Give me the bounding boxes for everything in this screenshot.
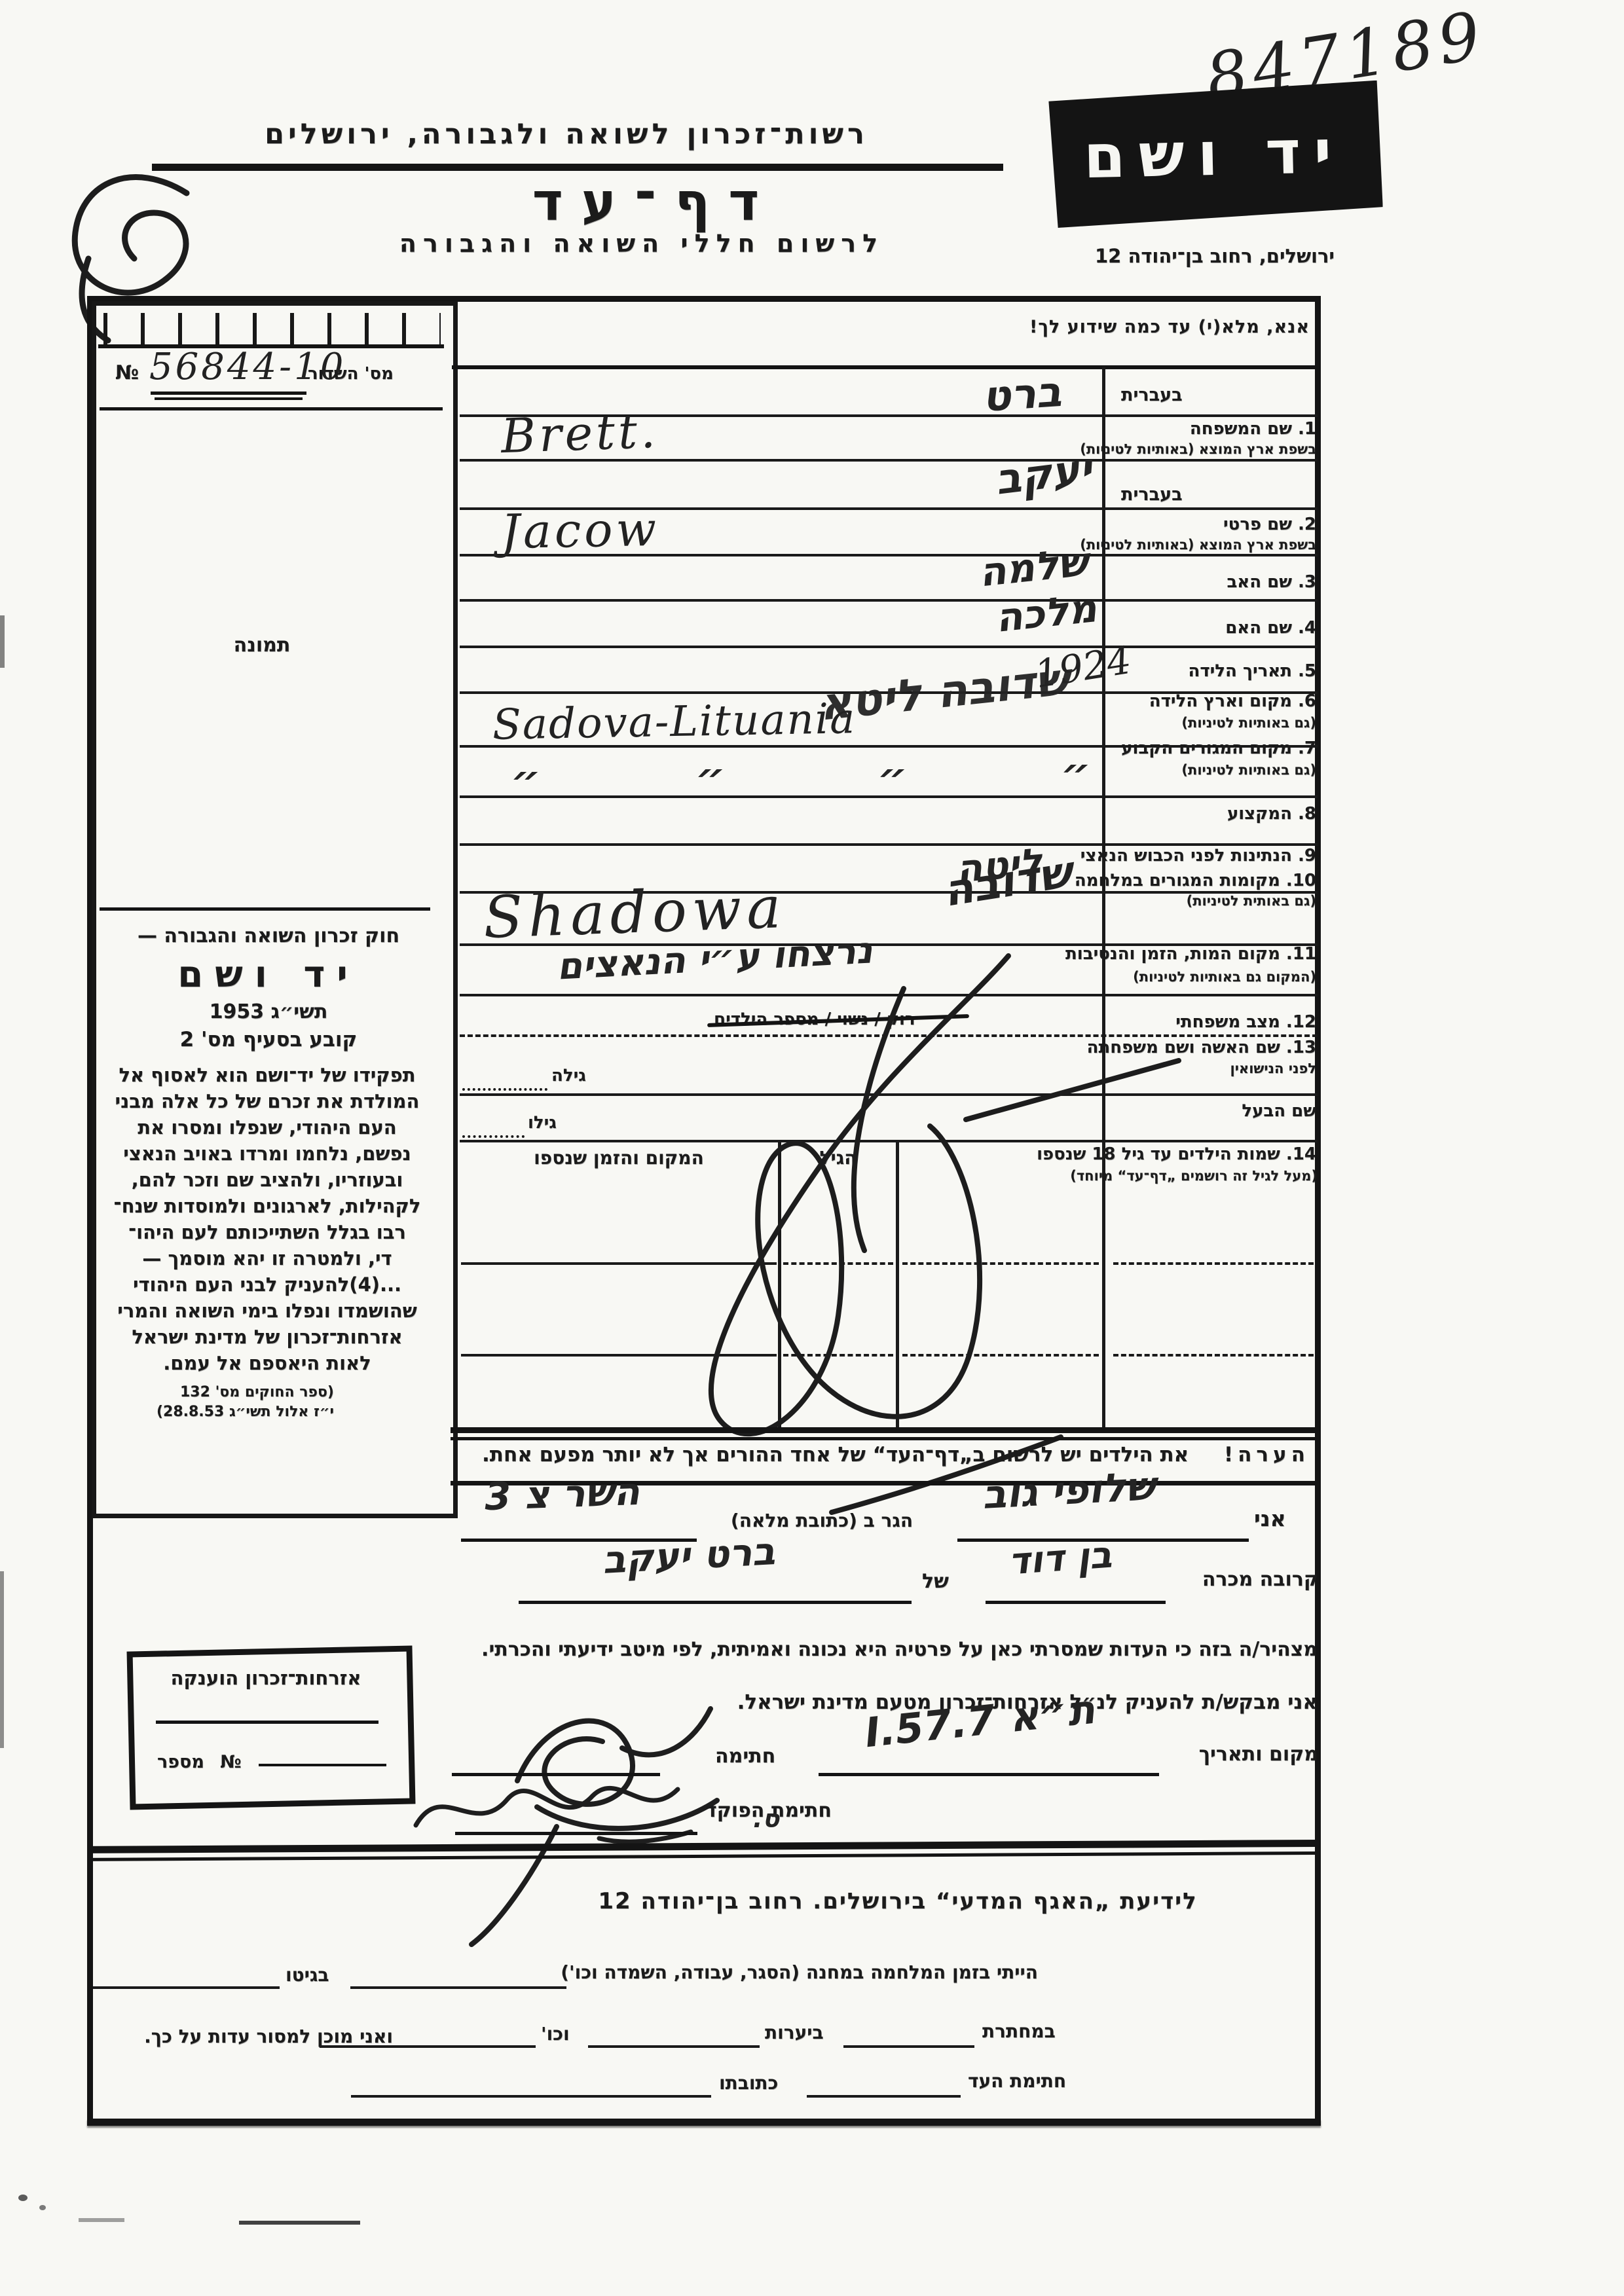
- value-birth-place-latin: Sadova-Lituania: [492, 695, 857, 750]
- ruler-comb: [103, 313, 441, 344]
- scan-edge-smear: [0, 1571, 4, 1748]
- field-label-profession: 8. המקצוע: [1100, 804, 1316, 824]
- place-date-label: מקום ותאריך: [1177, 1743, 1318, 1766]
- blank-line: [843, 2045, 974, 2048]
- scan-speck: [79, 2218, 124, 2222]
- law-year: תשי״ג 1953: [105, 1000, 432, 1023]
- stamp-number-line: [259, 1764, 386, 1766]
- ghetto-label: בגיטו: [286, 1964, 329, 1986]
- field-sublabel-birth-place: (גם באותיות לטיניות): [1100, 715, 1316, 731]
- blank-line: [350, 1986, 566, 1989]
- witness-signature-label: חתימת העד: [968, 2070, 1066, 2092]
- witness-address-label: כתובתו: [719, 2072, 778, 2094]
- field-label-citizenship: 9. הנתינות לפני הכבוש הנאצי: [1100, 846, 1316, 866]
- fill-in-instruction: אנא, מלא(י) עד כמה שידוע לך!: [1028, 317, 1310, 337]
- scan-speck: [18, 2195, 28, 2201]
- page-title: דף־עד: [530, 172, 779, 232]
- flourish-scribble: [406, 910, 1231, 1525]
- photo-placeholder-label: תמונה: [216, 634, 308, 657]
- blank-line: [986, 1601, 1166, 1604]
- panel-divider-line: [100, 407, 443, 410]
- value-first-name-hebrew: יעקב: [993, 445, 1095, 504]
- blank-line: [351, 2095, 711, 2098]
- intro-underline: [452, 365, 1318, 369]
- law-clause: קובע בסעיף מס' 2: [105, 1028, 432, 1051]
- etc-label: וכו': [541, 2023, 570, 2045]
- stamp-inner-line: [156, 1721, 378, 1724]
- logo-address: ירושלים, רחוב בן־יהודה 12: [1041, 245, 1388, 267]
- rule-line: [460, 599, 1318, 602]
- stamp-number-prefix: №: [220, 1752, 241, 1772]
- scientific-branch-notice: לידיעת „האגף המדעי“ בירושלים. רחוב בן־יה…: [478, 1888, 1318, 1914]
- declaration-i-label: אני: [1254, 1506, 1286, 1531]
- stamp-number-label: מספר: [157, 1752, 204, 1772]
- residing-at-label: הגר ב (כתובת מלאה): [704, 1510, 940, 1531]
- ditto-mark: ״: [511, 757, 540, 805]
- field-label-residence: 7. מקום המגורים הקבוע: [1100, 738, 1316, 758]
- value-mother-name: מלכה: [993, 585, 1099, 642]
- field-label-mother: 4. שם האם: [1100, 618, 1316, 638]
- law-name: יד ושם: [105, 953, 432, 996]
- authority-underline: [152, 164, 1003, 171]
- ditto-mark: ״: [1061, 750, 1090, 798]
- form-border-bottom: [87, 2119, 1321, 2126]
- yad-vashem-logo: יד ושם: [1045, 81, 1383, 228]
- scan-edge-smear: [0, 615, 5, 668]
- ditto-mark: ״: [877, 754, 907, 803]
- blank-line: [93, 1986, 280, 1989]
- law-source-note: (ספר החוקים מס' 132 י״ז אלול תשי״ג 28.8.…: [111, 1383, 334, 1422]
- hebrew-note-1: בעברית: [1121, 385, 1183, 405]
- value-birth-place-hebrew: שדובה ליטא: [817, 653, 1071, 731]
- underground-label: במחתרת: [982, 2020, 1056, 2042]
- blank-line: [807, 2095, 961, 2098]
- registrar-mark: ס.: [753, 1804, 779, 1833]
- field-label-birth-place: 6. מקום וארץ הלידה: [1100, 691, 1316, 711]
- heavy-rule: [451, 1427, 1318, 1433]
- heavy-rule: [451, 1437, 1318, 1440]
- value-family-name-hebrew: ברט: [981, 368, 1063, 422]
- serial-underline-2: [155, 397, 303, 400]
- law-heading: חוק זכרון השואה והגבורה —: [105, 924, 432, 947]
- field-sublabel-war-residence: (גם באותית לטיניות): [1100, 893, 1316, 909]
- value-first-name-latin: Jacow: [500, 501, 660, 559]
- law-separator-line: [100, 907, 430, 911]
- ditto-mark: ״: [695, 754, 725, 803]
- blank-line: [519, 1601, 912, 1604]
- scan-speck-bar: [239, 2221, 360, 2225]
- page-subtitle: לרשום חללי השואה והגבורה: [373, 229, 910, 258]
- field-sublabel-residence: (גם באותיות לטיניות): [1100, 762, 1316, 778]
- scanned-testimony-page: 847189 רשות־זכרון לשואה ולגבורה, ירושלים…: [0, 0, 1624, 2296]
- hebrew-note-2: בעברית: [1121, 484, 1183, 505]
- declarant-name-handwritten: שלופי גוב: [981, 1463, 1156, 1518]
- relation-handwritten: בן דוד: [1007, 1534, 1113, 1584]
- value-family-name-latin: Brett.: [500, 403, 659, 464]
- serial-label: מס' השדור: [308, 364, 394, 384]
- field-sublabel-family-name: בשפת ארץ המוצא (באותיות לטיניות): [1100, 441, 1316, 457]
- war-camp-label: הייתי בזמן המלחמה במחנה (הסגר, עבודה, הש…: [570, 1961, 1038, 1983]
- blank-line: [819, 1773, 1159, 1776]
- stamp-granted-text: אזרחות־זכרון הוענקה: [135, 1667, 397, 1689]
- field-label-first-name: 2. שם פרטי: [1100, 515, 1316, 534]
- scan-speck: [39, 2205, 46, 2210]
- field-sublabel-first-name: בשפת ארץ המוצא (באותיות לטיניות): [1100, 537, 1316, 553]
- field-label-family-name: 1. שם המשפחה: [1100, 419, 1316, 439]
- field-label-war-residence: 10. מקומות המגורים במלחמה: [1100, 871, 1316, 890]
- declarant-address-handwritten: השר צ 3: [484, 1469, 640, 1519]
- rule-line: [460, 646, 1318, 648]
- note-title: הערה!: [1224, 1443, 1310, 1467]
- serial-number-prefix: №: [115, 361, 139, 384]
- willing-to-testify-text: ואני מוכן למסור עדות על כך.: [92, 2026, 393, 2047]
- note-text: את הילדים יש לרשום ב„דף־העד“ של אחד ההור…: [482, 1443, 1189, 1467]
- blank-line: [588, 2045, 760, 2048]
- authority-name: רשות־זכרון לשואה ולגבורה, ירושלים: [157, 118, 976, 151]
- yad-vashem-logo-text: יד ושם: [1083, 117, 1346, 192]
- of-label: של: [922, 1570, 949, 1593]
- victim-name-handwritten: ברט יעקב: [601, 1529, 776, 1582]
- forests-label: ביערות: [765, 2022, 824, 2043]
- serial-underline: [151, 392, 306, 395]
- field-label-father: 3. שם האב: [1100, 572, 1316, 592]
- relation-label: קרובה מכרה: [1171, 1568, 1318, 1591]
- law-body-text: תפקידו של יד־ושם הוא לאסוף אל המולדת את …: [100, 1062, 435, 1376]
- children-note-row: הערה! את הילדים יש לרשום ב„דף־העד“ של אח…: [458, 1443, 1310, 1467]
- stamp-number-row: מספר №: [157, 1752, 242, 1772]
- blank-line: [455, 1832, 697, 1835]
